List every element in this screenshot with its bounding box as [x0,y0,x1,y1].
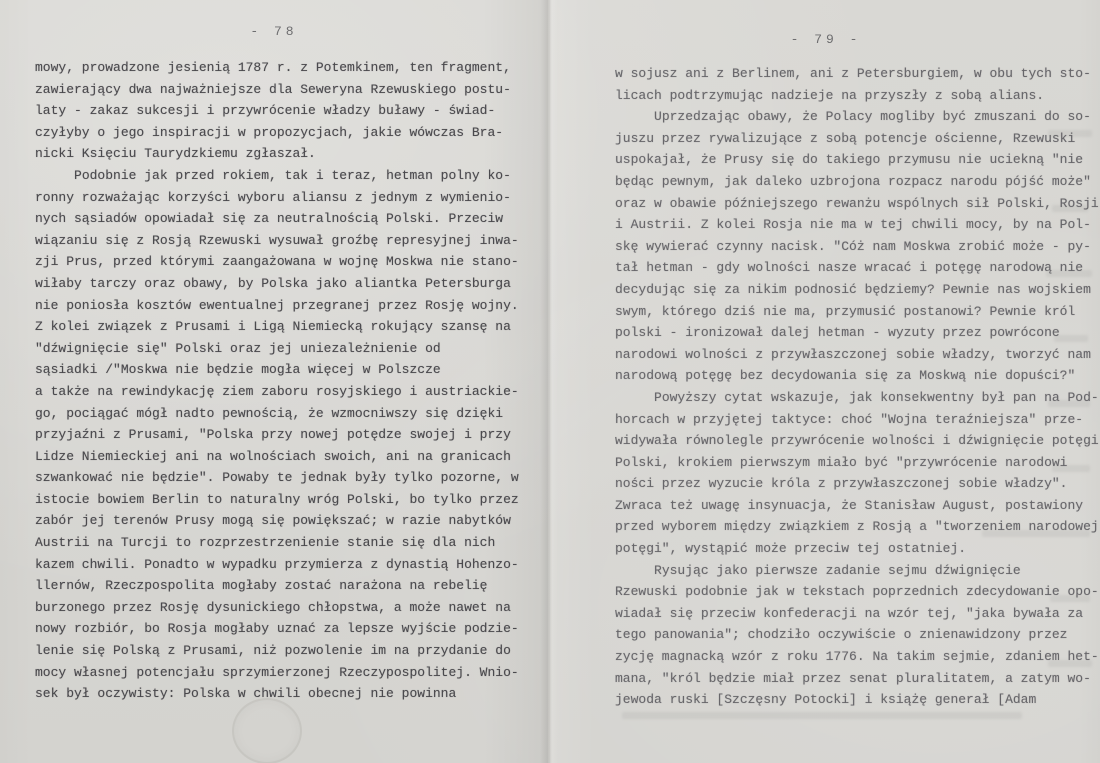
text-line: polski - ironizował dalej hetman - wyzut… [615,322,1100,344]
bleed-through-ghost [1048,130,1092,137]
text-line: laty - zakaz sukcesji i przywrócenie wła… [35,100,523,122]
text-line: Austrii na Turcji to rozprzestrzenienie … [35,532,523,554]
bleed-through-ghost [1046,270,1092,277]
text-line: jewoda ruski [Szczęsny Potocki] i książę… [615,689,1100,711]
text-line: skę wywierać czynny nacisk. "Cóż nam Mos… [615,236,1100,258]
text-line: zycję magnacką wzór z roku 1776. Na taki… [615,646,1100,668]
bleed-through-ghost [1048,660,1092,667]
text-line: ronny rozważając korzyści wyboru aliansu… [35,187,523,209]
bleed-through-ghost [1048,400,1090,407]
bleed-through-ghost [1052,205,1088,212]
text-line: nowy rozbiór, bo Rosja mogłaby uznać za … [35,618,523,640]
text-line: zabór jej terenów Prusy mogą się powięks… [35,510,523,532]
text-line: lenie się Polską z Prusami, niż pozwolen… [35,640,523,662]
text-line: ności przez wyzucie króla z przywłaszczo… [615,473,1100,495]
text-line: wiłaby tarczy oraz obawy, by Polska jako… [35,273,523,295]
text-line: Z kolei związek z Prusami i Ligą Niemiec… [35,316,523,338]
text-line: uspokajał, że Prusy się do takiego przym… [615,149,1100,171]
text-line: przyjaźni z Prusami, "Polska przy nowej … [35,424,523,446]
text-line: a także na rewindykację ziem zaboru rosy… [35,381,523,403]
text-line: oraz w obawie późniejszego rewanżu wspól… [615,193,1100,215]
text-line: licach podtrzymując nadzieje na przyszły… [615,85,1100,107]
text-line: swym, którego dziś nie ma, przymusić pos… [615,301,1100,323]
page-79: - 79 - w sojusz ani z Berlinem, ani z Pe… [552,0,1100,763]
page-number-78: - 78 [30,24,518,39]
text-line: nych sąsiadów opowiadał się za neutralno… [35,208,523,230]
text-line: Rzewuski podobnie jak w tekstach poprzed… [615,581,1100,603]
page-78-text-block: mowy, prowadzone jesienią 1787 r. z Pote… [35,57,523,705]
bleed-through-ghost [982,530,1090,537]
text-line: tego panowania"; chodziło oczywiście o z… [615,624,1100,646]
text-line: narodową potęgę bez decydowania się za M… [615,365,1100,387]
bleed-through-ghost [1054,335,1088,342]
text-line: juszu przez rywalizujące z sobą potencje… [615,128,1100,150]
page-79-text-block: w sojusz ani z Berlinem, ani z Petersbur… [615,63,1100,711]
text-line: horcach w przyjętej taktyce: choć "Wojna… [615,409,1100,431]
text-line: zji Prus, przed którymi zaangażowana w w… [35,251,523,273]
text-line: "dźwignięcie się" Polski oraz jej unieza… [35,338,523,360]
text-line: mana, "król będzie miał przez senat plur… [615,668,1100,690]
text-line: potęgi", wystąpić może przeciw tej ostat… [615,538,1100,560]
text-line: czyłyby o jego inspiracji w propozycjach… [35,122,523,144]
page-number-79: - 79 - [582,32,1070,47]
text-line: nicki Księciu Taurydzkiemu zgłaszał. [35,143,523,165]
page-78: - 78 mowy, prowadzone jesienią 1787 r. z… [0,0,548,763]
scanned-book-spread: - 78 mowy, prowadzone jesienią 1787 r. z… [0,0,1100,763]
text-line: Podobnie jak przed rokiem, tak i teraz, … [35,165,523,187]
text-line: mowy, prowadzone jesienią 1787 r. z Pote… [35,57,523,79]
text-line: Lidze Niemieckiej ani na wolnościach swo… [35,446,523,468]
text-line: wiązaniu się z Rosją Rzewuski wysuwał gr… [35,230,523,252]
text-line: Uprzedzając obawy, że Polacy mogliby być… [615,106,1100,128]
text-line: Zwraca też uwagę insynuacja, że Stanisła… [615,495,1100,517]
text-line: narodowi wolności z przywłaszczonej sobi… [615,344,1100,366]
text-line: burzonego przez Rosję dysunickiego chłop… [35,597,523,619]
text-line: Powyższy cytat wskazuje, jak konsekwentn… [615,387,1100,409]
bleed-through-ghost [1052,465,1090,472]
text-line: decydując się za nikim podnosić będziemy… [615,279,1100,301]
text-line: kazem chwili. Ponadto w wypadku przymier… [35,554,523,576]
text-line: Rysując jako pierwsze zadanie sejmu dźwi… [615,560,1100,582]
text-line: mocy własnej potencjału sprzymierzonej R… [35,662,523,684]
text-line: będąc pewnym, jak daleko uzbrojona rozpa… [615,171,1100,193]
text-line: Polski, krokiem pierwszym miało być "prz… [615,452,1100,474]
faint-library-stamp [232,698,302,763]
text-line: sąsiadki /"Moskwa nie będzie mogła więce… [35,359,523,381]
text-line: zawierający dwa najważniejsze dla Sewery… [35,79,523,101]
text-line: nie poniosła kosztów ewentualnej przegra… [35,295,523,317]
text-line: widywała równolegle przywrócenie wolnośc… [615,430,1100,452]
text-line: i Austrii. Z kolei Rosja nie ma w tej ch… [615,214,1100,236]
text-line: szwankować nie będzie". Powaby te jednak… [35,467,523,489]
text-line: w sojusz ani z Berlinem, ani z Petersbur… [615,63,1100,85]
bleed-through-ghost [1050,595,1090,602]
text-line: go, pociągać mógł nadto pewnością, że wz… [35,403,523,425]
text-line: llernów, Rzeczpospolita mogłaby zostać n… [35,575,523,597]
text-line: istocie bowiem Berlin to naturalny wróg … [35,489,523,511]
text-line: wiadał się przeciw konfederacji na wzór … [615,603,1100,625]
bleed-through-ghost [622,712,1022,719]
text-line: tał hetman - gdy wolności nasze wracać i… [615,257,1100,279]
